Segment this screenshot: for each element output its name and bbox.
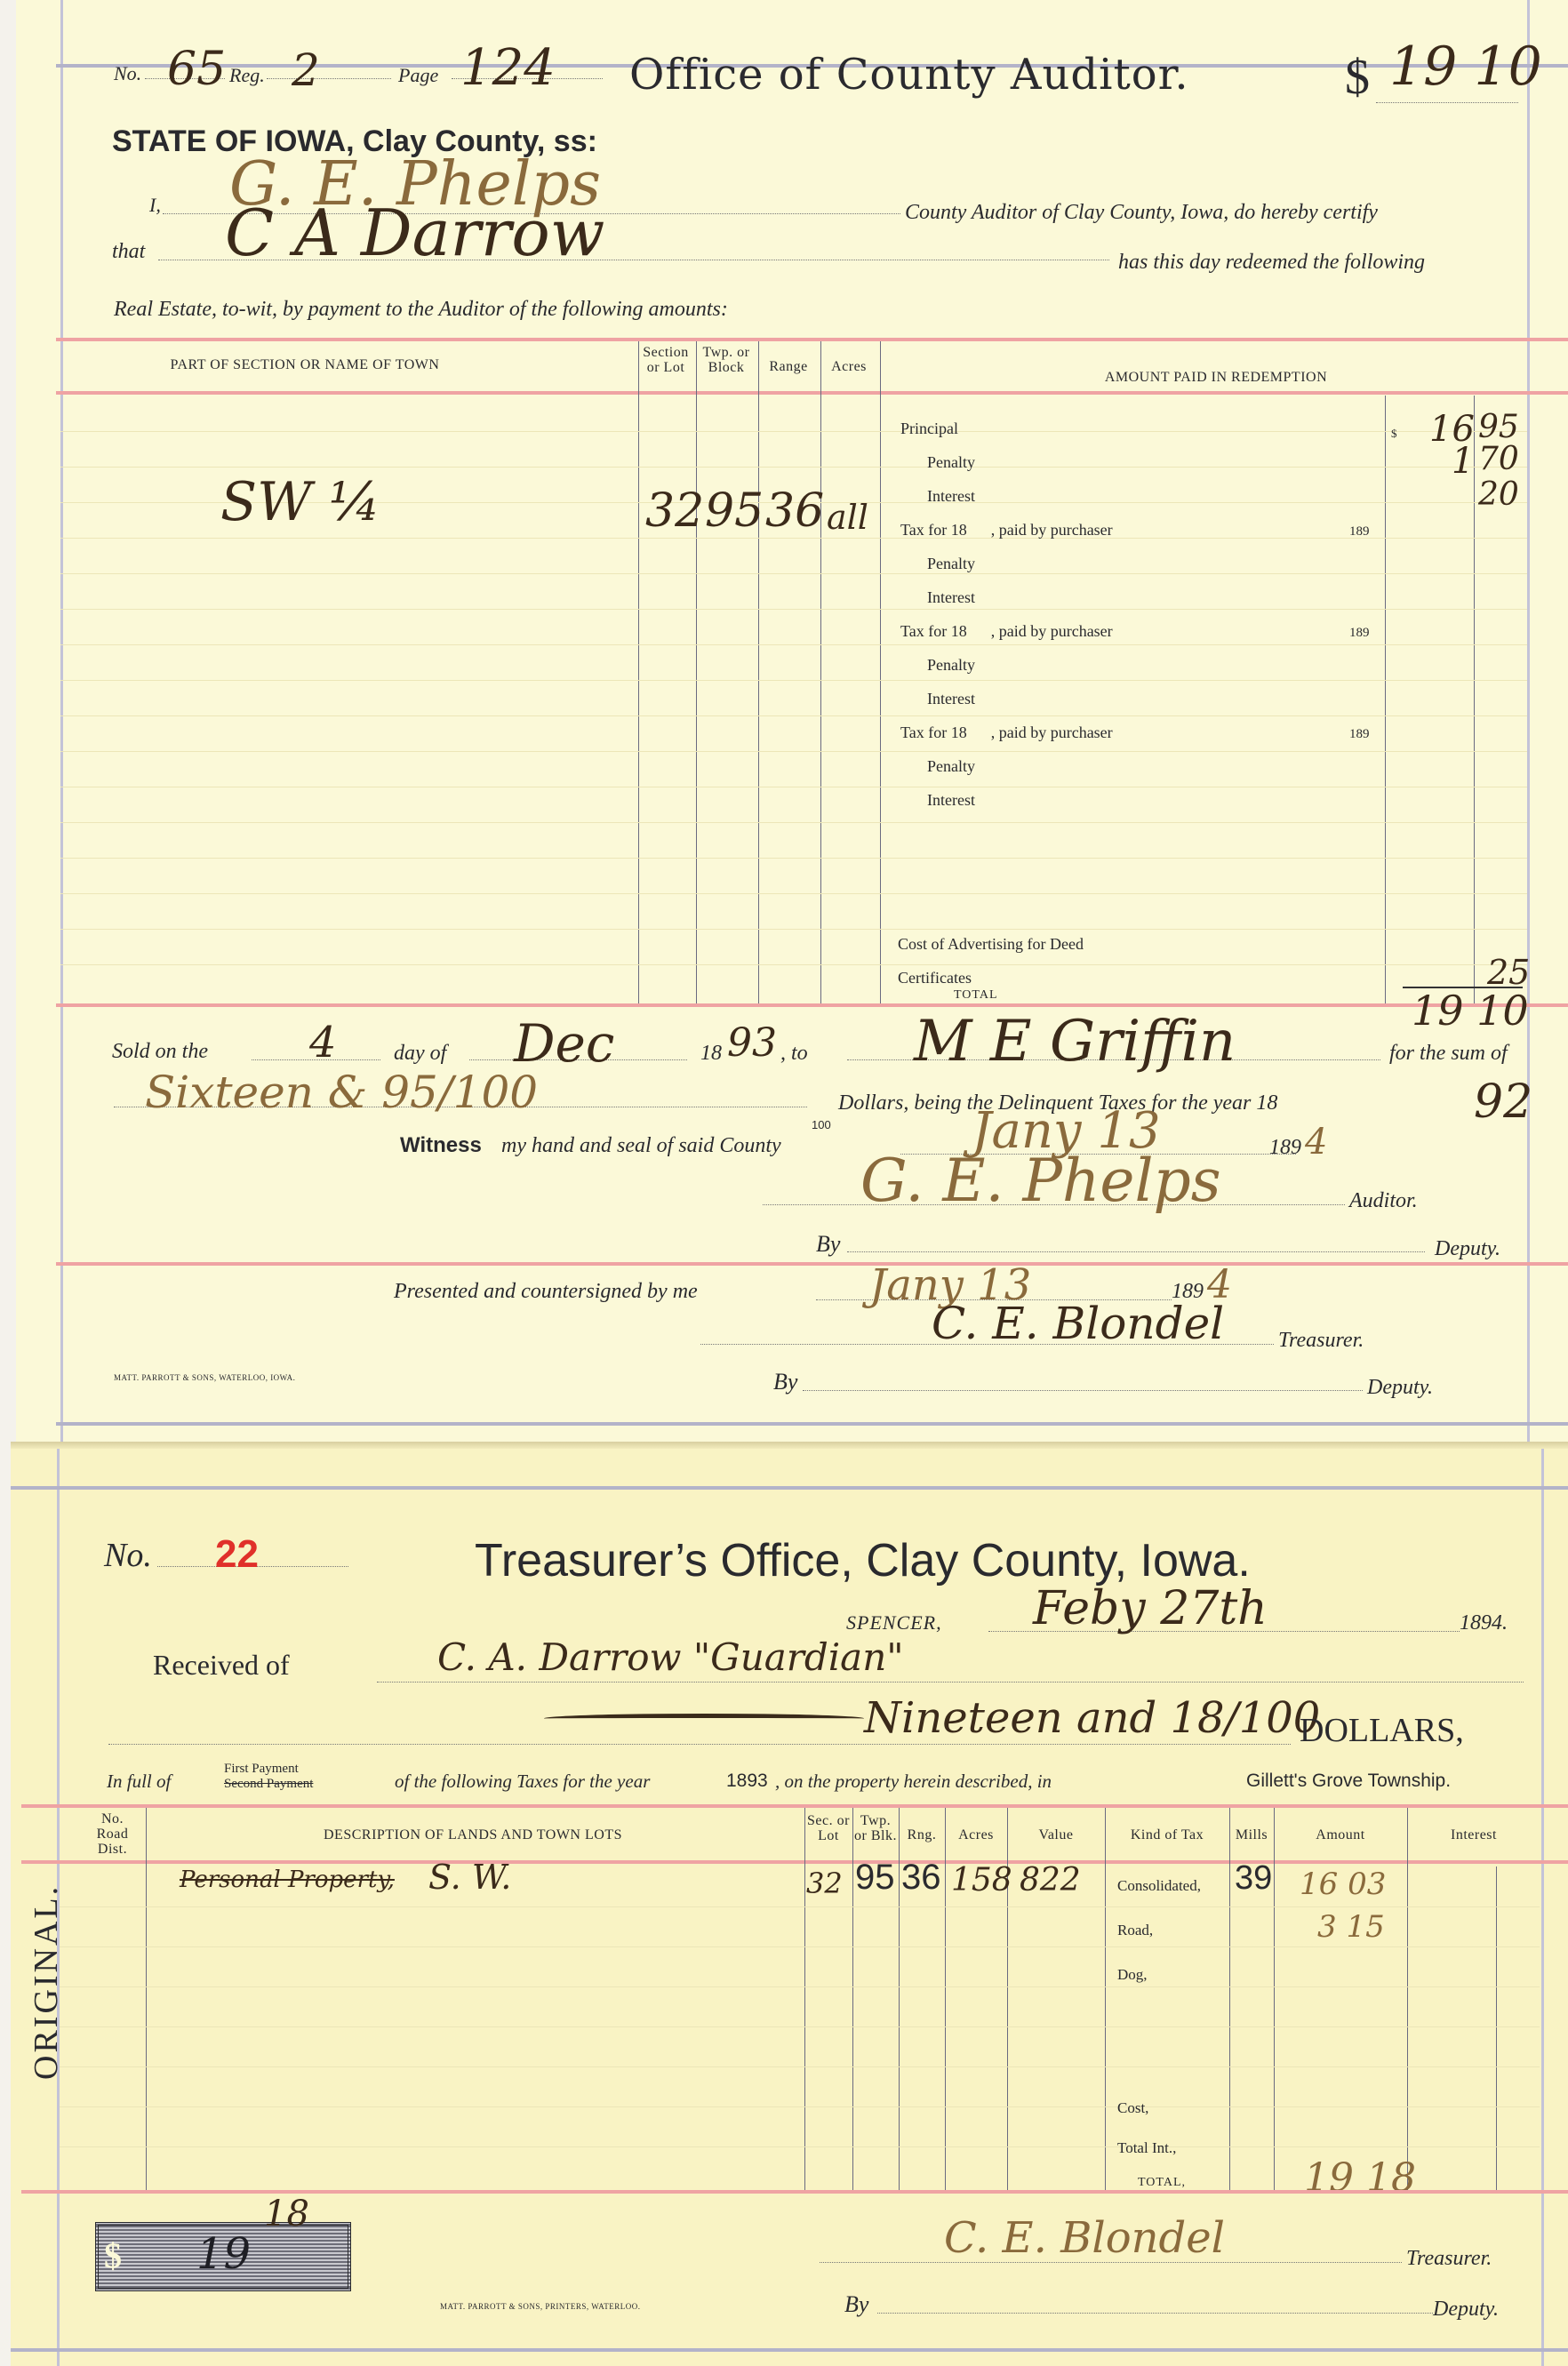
countersign-rule [56,1262,1568,1266]
header-mills: Mills [1229,1827,1274,1842]
property-text: , on the property herein described, in [775,1771,1052,1793]
table-top-rule [56,338,1568,341]
tax-kind-cost: Cost, [1117,2099,1148,2117]
header-interest: Interest [1407,1827,1540,1842]
payer-name: C. A. Darrow "Guardian" [437,1635,904,1679]
no-label: No. [114,62,141,85]
header-road-dist: No. Road Dist. [84,1811,141,1857]
table-bottom-rule [56,1003,1568,1007]
received-of-label: Received of [153,1649,290,1682]
col-divider [1105,1808,1106,2190]
redemption-line: Interest [900,588,1523,622]
certificate-amount: 19 10 [1389,36,1542,98]
stamp-cents: 18 [264,2194,309,2234]
dollars-label: DOLLARS, [1300,1711,1464,1750]
reg-label: Reg. [229,64,265,87]
dollar-sign-icon: $ [1391,427,1397,441]
second-payment-option: Second Payment [224,1777,313,1792]
receipt-by-label: By [844,2291,868,2318]
receipt-total-label: TOTAL, [1138,2176,1186,2190]
col-divider [758,341,759,1003]
header-part: PART OF SECTION OR NAME OF TOWN [105,357,505,372]
redemption-line: Principal $ 16 95 [900,420,1523,453]
row-twp: 95 [855,1858,895,1898]
payer-dots [377,1682,1524,1683]
original-label: ORIGINAL. [27,1884,66,2080]
row-section: 32 [645,484,704,538]
receipt-no-label: No. [104,1536,152,1575]
row-description-struck: Personal Property, [180,1866,395,1893]
presented-text: Presented and countersigned by me [394,1280,698,1304]
header-section: Section or Lot [638,345,693,375]
total-label: TOTAL [954,988,998,1003]
header-acres: Acres [820,359,877,374]
redemption-lines: Principal $ 16 95 Penalty 1 70 Interest … [900,420,1523,825]
header-kind: Kind of Tax [1105,1827,1229,1842]
auditor-certificate: No. 65 Reg. 2 Page 124 Office of County … [16,0,1568,1449]
header-description: DESCRIPTION OF LANDS AND TOWN LOTS [153,1827,793,1842]
certificates-label: Certificates [898,969,972,987]
col-divider [1407,1808,1408,2190]
margin-line [1541,1449,1544,2366]
row-twp: 95 [705,484,764,538]
tax-year: 1893 [726,1771,768,1792]
place-label: SPENCER, [846,1611,942,1635]
redeemed-text: has this day redeemed the following [1118,251,1425,275]
col-divider [804,1808,805,2190]
amount-consolidated: 16 03 [1300,1866,1386,1902]
taxes-text: of the following Taxes for the year [395,1771,650,1793]
reg-dots [267,78,391,79]
first-payment-option: First Payment [224,1762,313,1777]
printer-credit: MATT. PARROTT & SONS, WATERLOO, IOWA. [114,1373,295,1382]
table-header-rule [21,1860,1568,1864]
that-label: that [112,240,145,264]
witness-label: Witness [400,1133,482,1158]
receipt-number: 22 [215,1532,259,1577]
receipt-year: 1894. [1460,1611,1508,1635]
header-sec: Sec. or Lot [804,1813,852,1843]
table-top-rule [21,1804,1568,1808]
stamp-value: 19 [196,2229,251,2279]
header-twp: Twp. or Block [696,345,756,375]
receipt-treasurer-signature: C. E. Blondel [944,2213,1225,2263]
township: Gillett's Grove Township. [1246,1771,1451,1792]
redemption-line: Tax for 18 , paid by purchaser 189 [900,521,1523,555]
in-full-of-label: In full of [107,1771,171,1793]
amount-road: 3 15 [1317,1909,1385,1945]
deputy-dots [847,1251,1425,1252]
tax-kind-dog: Dog, [1117,1966,1148,1984]
col-divider [899,1808,900,2190]
col-divider [820,341,821,1003]
hundred-label: 100 [812,1118,831,1131]
row-sec: 32 [806,1866,843,1900]
row-rng: 36 [901,1858,941,1898]
header-amount: Amount [1274,1827,1407,1842]
col-divider [146,1808,147,2190]
day-of-label: day of [394,1042,446,1066]
receipt-deputy-label: Deputy. [1433,2298,1499,2322]
mills-consolidated: 39 [1235,1859,1272,1898]
by-label: By [816,1231,840,1258]
row-acres: 158 [951,1862,1012,1898]
redemption-line: Penalty 1 70 [900,453,1523,487]
receipt-date: Feby 27th [1033,1582,1268,1635]
page-label: Page [398,64,438,87]
redemption-line: Tax for 18 , paid by purchaser 189 [900,723,1523,757]
witness-year: 4 [1305,1122,1327,1163]
sold-on-label: Sold on the [112,1040,208,1064]
sold-year-prefix: 18 [700,1042,722,1066]
tax-kind-total-int: Total Int., [1117,2139,1176,2157]
i-label: I, [149,194,161,217]
advertising-label: Cost of Advertising for Deed [898,935,1084,954]
bottom-rule [11,2348,1568,2352]
margin-line [1527,0,1530,1449]
redemption-line: Penalty [900,656,1523,690]
certify-text: County Auditor of Clay County, Iowa, do … [905,201,1378,225]
sold-month: Dec [514,1013,614,1074]
header-rng: Rng. [899,1827,945,1842]
margin-line [60,0,63,1449]
by2-label: By [773,1369,797,1395]
form-title: Office of County Auditor. [629,50,1189,100]
to-label: , to [780,1042,808,1066]
top-rule [11,1486,1568,1490]
amount-dots [1376,102,1518,103]
sold-year: 93 [727,1020,777,1066]
header-acres: Acres [945,1827,1007,1842]
auditor-signature: G. E. Phelps [860,1147,1221,1215]
amount-words-dots [108,1744,1291,1745]
col-divider [1229,1808,1230,2190]
deputy2-label: Deputy. [1367,1376,1433,1400]
total-amount: 19 10 [1412,987,1529,1035]
col-divider [1274,1808,1275,2190]
row-value: 822 [1020,1862,1081,1898]
treasurer-signature: C. E. Blondel [932,1298,1224,1349]
witness-text: my hand and seal of said County [501,1134,781,1158]
col-divider [945,1808,946,2190]
page-number: 124 [460,39,556,97]
col-divider [1496,1866,1497,2190]
amount-stamp: $ 19 [95,2222,351,2291]
auditor-label: Auditor. [1349,1189,1418,1213]
table-header-rule [56,391,1568,395]
receipt-deputy-dots [877,2313,1433,2314]
header-amount: AMOUNT PAID IN REDEMPTION [905,370,1527,385]
row-description: S. W. [428,1858,511,1897]
sold-day: 4 [309,1018,337,1067]
amount-words: Nineteen and 18/100 [864,1693,1320,1743]
row-acres: all [827,498,868,537]
redemption-line: Interest [900,690,1523,723]
tax-kind-consolidated: Consolidated, [1117,1877,1201,1895]
delinquent-year: 92 [1474,1075,1532,1129]
col-divider [638,341,639,1003]
treasurer-receipt: No. 22 Treasurer’s Office, Clay County, … [11,1449,1568,2366]
receipt-title: Treasurer’s Office, Clay County, Iowa. [475,1534,1251,1587]
sum-words: Sixteen & 95/100 [145,1067,538,1118]
treasurer-label: Treasurer. [1278,1329,1364,1353]
stamp-dollar-icon: $ [104,2234,122,2276]
purchaser-name: M E Griffin [914,1009,1236,1075]
col-divider [880,341,881,1003]
receipt-total: 19 18 [1304,2155,1416,2201]
redemption-line: Interest 20 [900,487,1523,521]
header-twp: Twp. or Blk. [852,1813,899,1843]
deputy-label: Deputy. [1435,1237,1500,1261]
register-number: 2 [292,44,320,96]
dollar-sign-icon: $ [1345,49,1370,106]
receipt-printer-credit: MATT. PARROTT & SONS, PRINTERS, WATERLOO… [440,2302,640,2311]
filler-flourish [544,1714,864,1723]
row-part: SW ¼ [220,471,380,533]
for-sum-label: for the sum of [1389,1042,1508,1066]
row-range: 36 [765,484,824,538]
bottom-rule [56,1422,1568,1426]
witness-year-prefix: 189 [1269,1136,1301,1160]
redemption-line: Tax for 18 , paid by purchaser 189 [900,622,1523,656]
deputy2-dots [803,1390,1363,1391]
header-value: Value [1007,1827,1105,1842]
header-range: Range [758,359,819,374]
receipt-treasurer-label: Treasurer. [1406,2247,1492,2271]
col-divider [852,1808,853,2190]
col-divider [696,341,697,1003]
tax-kind-road: Road, [1117,1922,1153,1939]
real-estate-text: Real Estate, to-wit, by payment to the A… [114,298,728,322]
redemption-line: Penalty [900,757,1523,791]
redemption-line: Interest [900,791,1523,825]
redemption-line: Penalty [900,555,1523,588]
payment-options: First Payment Second Payment [224,1762,313,1792]
table-bottom-rule [21,2190,1568,2194]
redeemer-name: C A Darrow [225,196,604,270]
certificate-number: 65 [167,43,226,96]
